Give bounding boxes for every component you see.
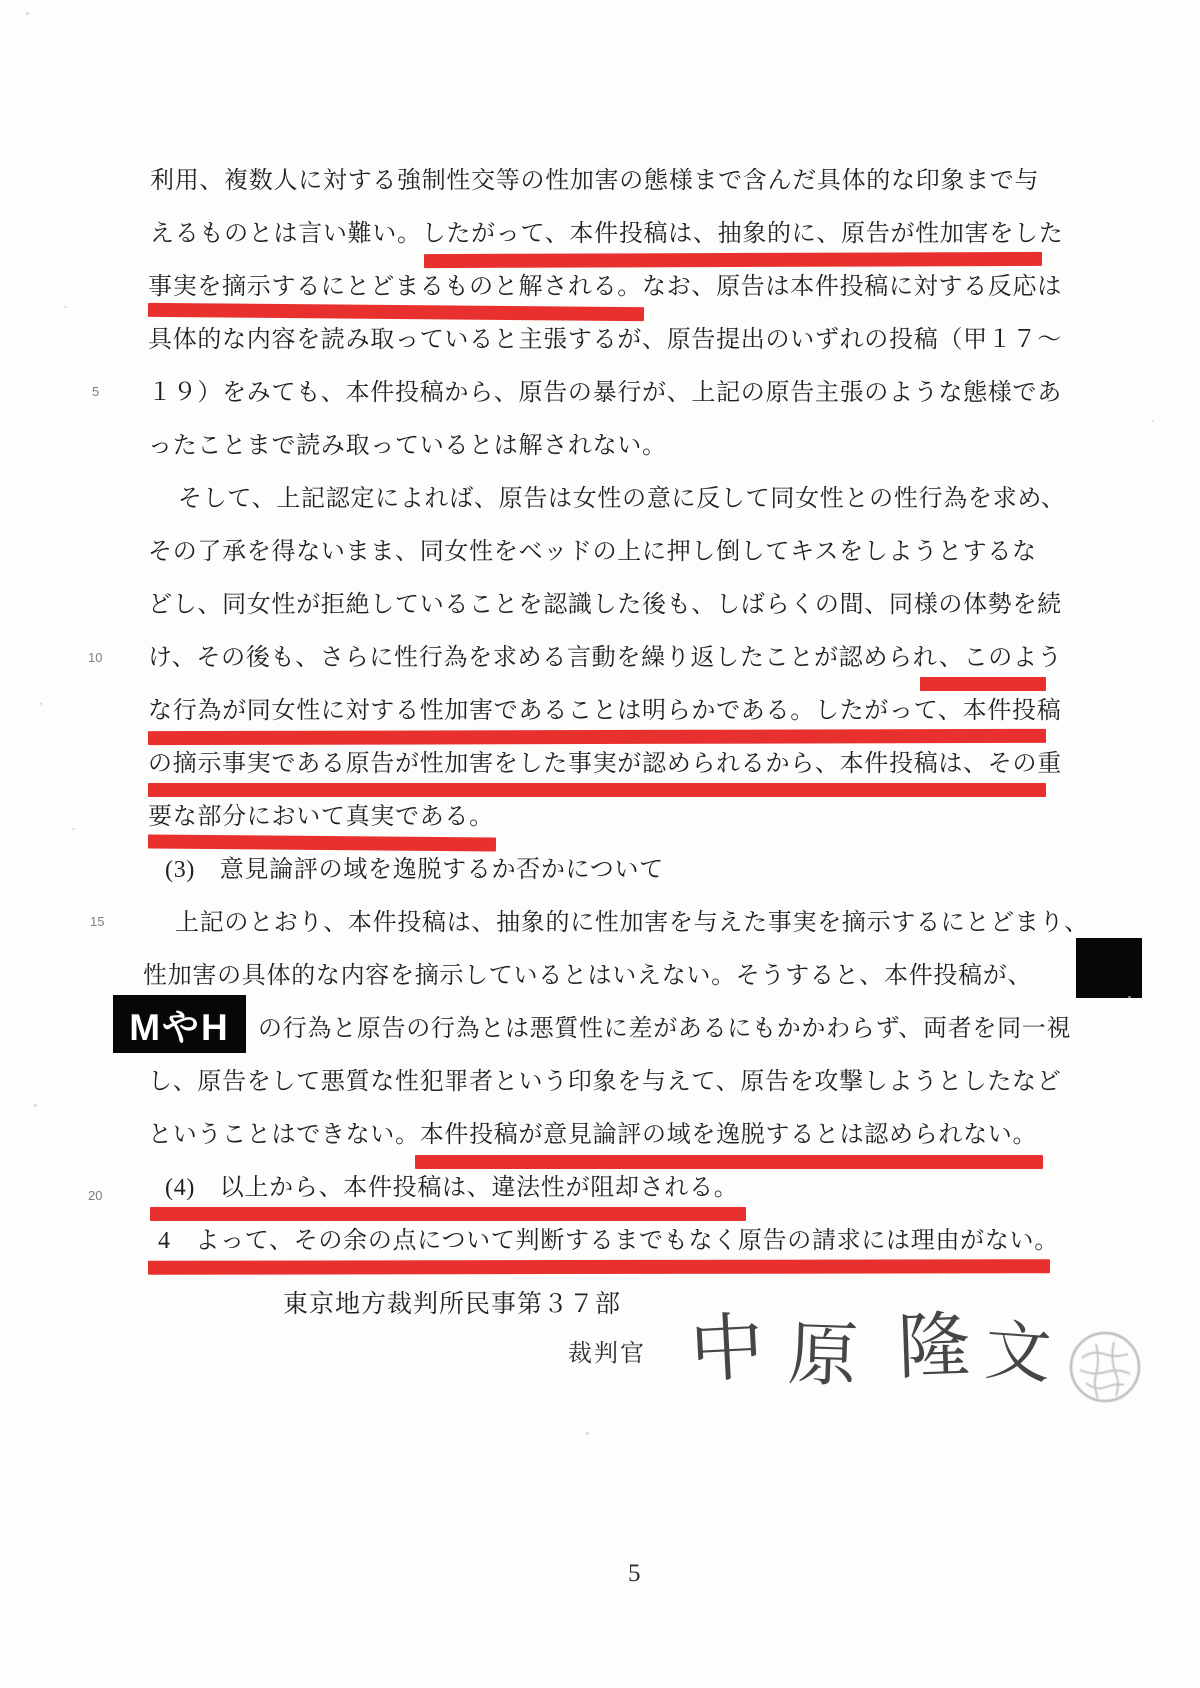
redaction-box-line17: MやH bbox=[113, 995, 246, 1053]
scan-noise-speck bbox=[26, 12, 29, 15]
red-underline-line2 bbox=[424, 252, 1042, 268]
body-line-20: (4) 以上から、本件投稿は、違法性が阻却される。 bbox=[165, 1176, 738, 1200]
body-line-8: その了承を得ないまま、同女性をベッドの上に押し倒してキスをしようとするな bbox=[148, 540, 1037, 564]
signature-char-taka: 隆 bbox=[897, 1309, 971, 1383]
body-line-18: し、原告をして悪質な性犯罪者という印象を与えて、原告を攻撃しようとしたなど bbox=[148, 1070, 1061, 1094]
body-line-16: 性加害の具体的な内容を摘示しているとはいえない。そうすると、本件投稿が、 bbox=[143, 964, 1032, 988]
body-line-5: １９）をみても、本件投稿から、原告の暴行が、上記の原告主張のような態様であ bbox=[148, 381, 1062, 405]
court-division-line: 東京地方裁判所民事第３７部 bbox=[283, 1284, 621, 1320]
scan-noise-speck bbox=[72, 828, 75, 830]
body-line-9: どし、同女性が拒絶していることを認識した後も、しばらくの間、同様の体勢を続 bbox=[148, 593, 1062, 617]
page-number: 5 bbox=[628, 1560, 641, 1588]
red-underline-line20 bbox=[150, 1207, 746, 1221]
red-underline-line21 bbox=[148, 1259, 1050, 1275]
red-underline-line10 bbox=[920, 677, 1046, 691]
body-line-19: ということはできない。本件投稿が意見論評の域を逸脱するとは認められない。 bbox=[148, 1123, 1037, 1147]
body-line-11: な行為が同女性に対する性加害であることは明らかである。したがって、本件投稿 bbox=[148, 699, 1061, 723]
red-underline-line12 bbox=[148, 783, 1046, 797]
scan-noise-speck bbox=[34, 1104, 37, 1107]
signature-char-naka: 中 bbox=[688, 1310, 766, 1388]
scan-noise-speck bbox=[64, 306, 67, 308]
red-underline-line13 bbox=[148, 834, 496, 851]
body-line-1: 利用、複数人に対する強制性交等の性加害の態様まで含んだ具体的な印象まで与 bbox=[150, 169, 1039, 193]
scanned-judgment-page: 5 10 15 20 利用、複数人に対する強制性交等の性加害の態様まで含んだ具体… bbox=[0, 0, 1200, 1688]
body-line-14: (3) 意見論評の域を逸脱するか否かについて bbox=[165, 858, 664, 882]
redaction-box-end-line16 bbox=[1076, 938, 1142, 998]
body-line-17: の行為と原告の行為とは悪質性に差があるにもかかわらず、両者を同一視 bbox=[258, 1017, 1071, 1041]
judge-seal-stamp bbox=[1066, 1328, 1144, 1406]
signature-char-fumi: 文 bbox=[983, 1318, 1053, 1388]
body-line-12: の摘示事実である原告が性加害をした事実が認められるから、本件投稿は、その重 bbox=[148, 752, 1062, 776]
body-line-21: 4 よって、その余の点について判断するまでもなく原告の請求には理由がない。 bbox=[158, 1229, 1059, 1253]
scan-noise-speck bbox=[40, 702, 42, 705]
red-underline-line11 bbox=[148, 729, 1046, 745]
body-line-7: そして、上記認定によれば、原告は女性の意に反して同女性との性行為を求め、 bbox=[178, 487, 1066, 511]
margin-line-number-10: 10 bbox=[88, 650, 102, 665]
scan-noise-speck bbox=[1128, 996, 1131, 998]
scan-noise-speck bbox=[586, 1432, 589, 1435]
body-line-15: 上記のとおり、本件投稿は、抽象的に性加害を与えた事実を摘示するにとどまり、 bbox=[175, 911, 1089, 935]
margin-line-number-20: 20 bbox=[88, 1188, 102, 1203]
signature-char-hara: 原 bbox=[787, 1319, 859, 1391]
judge-title-label: 裁判官 bbox=[568, 1333, 646, 1368]
body-line-3: 事実を摘示するにとどまるものと解される。なお、原告は本件投稿に対する反応は bbox=[148, 275, 1062, 299]
margin-line-number-5: 5 bbox=[92, 384, 99, 399]
margin-line-number-15: 15 bbox=[90, 914, 104, 929]
body-line-13: 要な部分において真実である。 bbox=[148, 805, 494, 829]
body-line-6: ったことまで読み取っているとは解されない。 bbox=[148, 434, 667, 458]
scan-noise-speck bbox=[1152, 420, 1154, 422]
body-line-2: えるものとは言い難い。したがって、本件投稿は、抽象的に、原告が性加害をした bbox=[150, 222, 1063, 246]
body-line-10: け、その後も、さらに性行為を求める言動を繰り返したことが認められ、このよう bbox=[148, 646, 1062, 670]
red-underline-line19 bbox=[415, 1155, 1043, 1169]
body-line-4: 具体的な内容を読み取っていると主張するが、原告提出のいずれの投稿（甲１７～ bbox=[148, 328, 1062, 352]
red-underline-line3 bbox=[148, 303, 644, 321]
